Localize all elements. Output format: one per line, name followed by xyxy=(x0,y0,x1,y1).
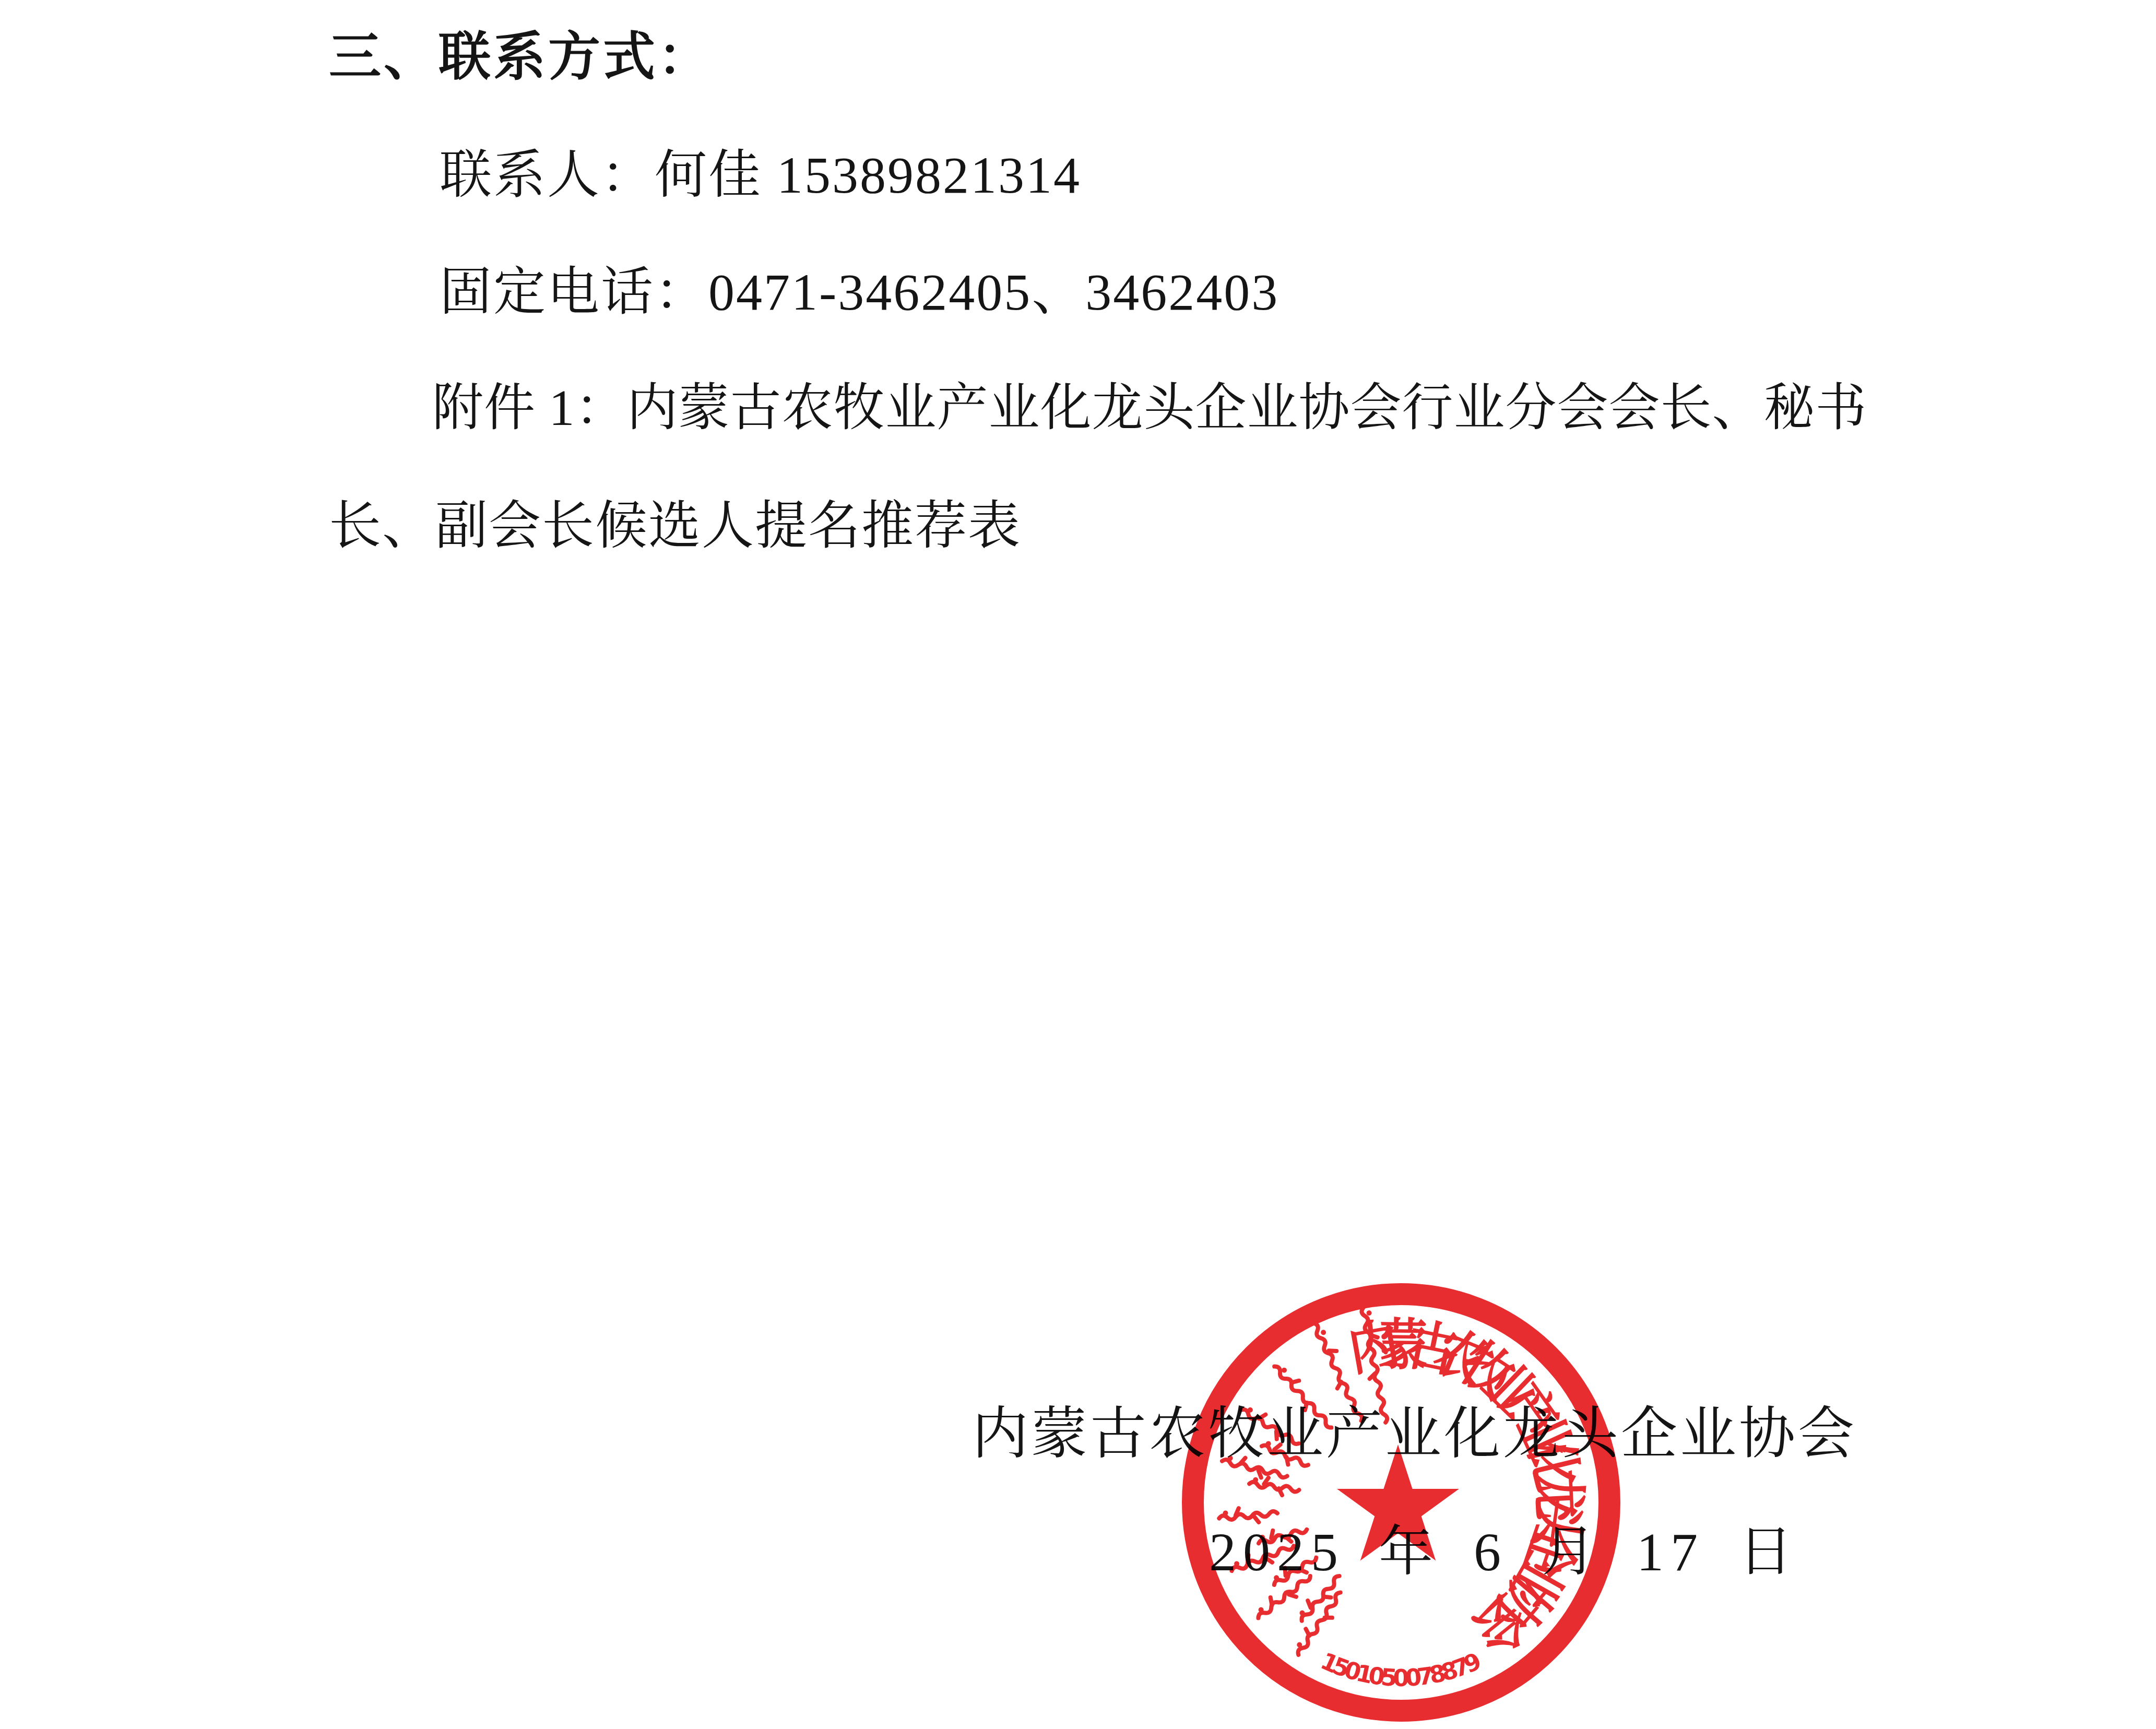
attachment-line-1: 附件 1：内蒙古农牧业产业化龙头企业协会行业分会会长、秘书 xyxy=(432,381,1867,436)
section-heading-contact: 三、联系方式： xyxy=(329,29,713,86)
contact-person-line: 联系人：何佳 15389821314 xyxy=(440,147,1081,204)
attachment-line-2: 长、副会长候选人提名推荐表 xyxy=(329,498,1021,554)
official-seal: 内蒙古农牧业产业化龙头企业协会 1501050078879 xyxy=(1179,1280,1624,1725)
document-page: 三、联系方式： 联系人：何佳 15389821314 固定电话：0471-346… xyxy=(0,0,2156,1729)
landline-line: 固定电话：0471-3462405、3462403 xyxy=(440,264,1279,321)
seal-star-icon xyxy=(1337,1444,1459,1561)
seal-serial-number: 1501050078879 xyxy=(1317,1647,1486,1692)
